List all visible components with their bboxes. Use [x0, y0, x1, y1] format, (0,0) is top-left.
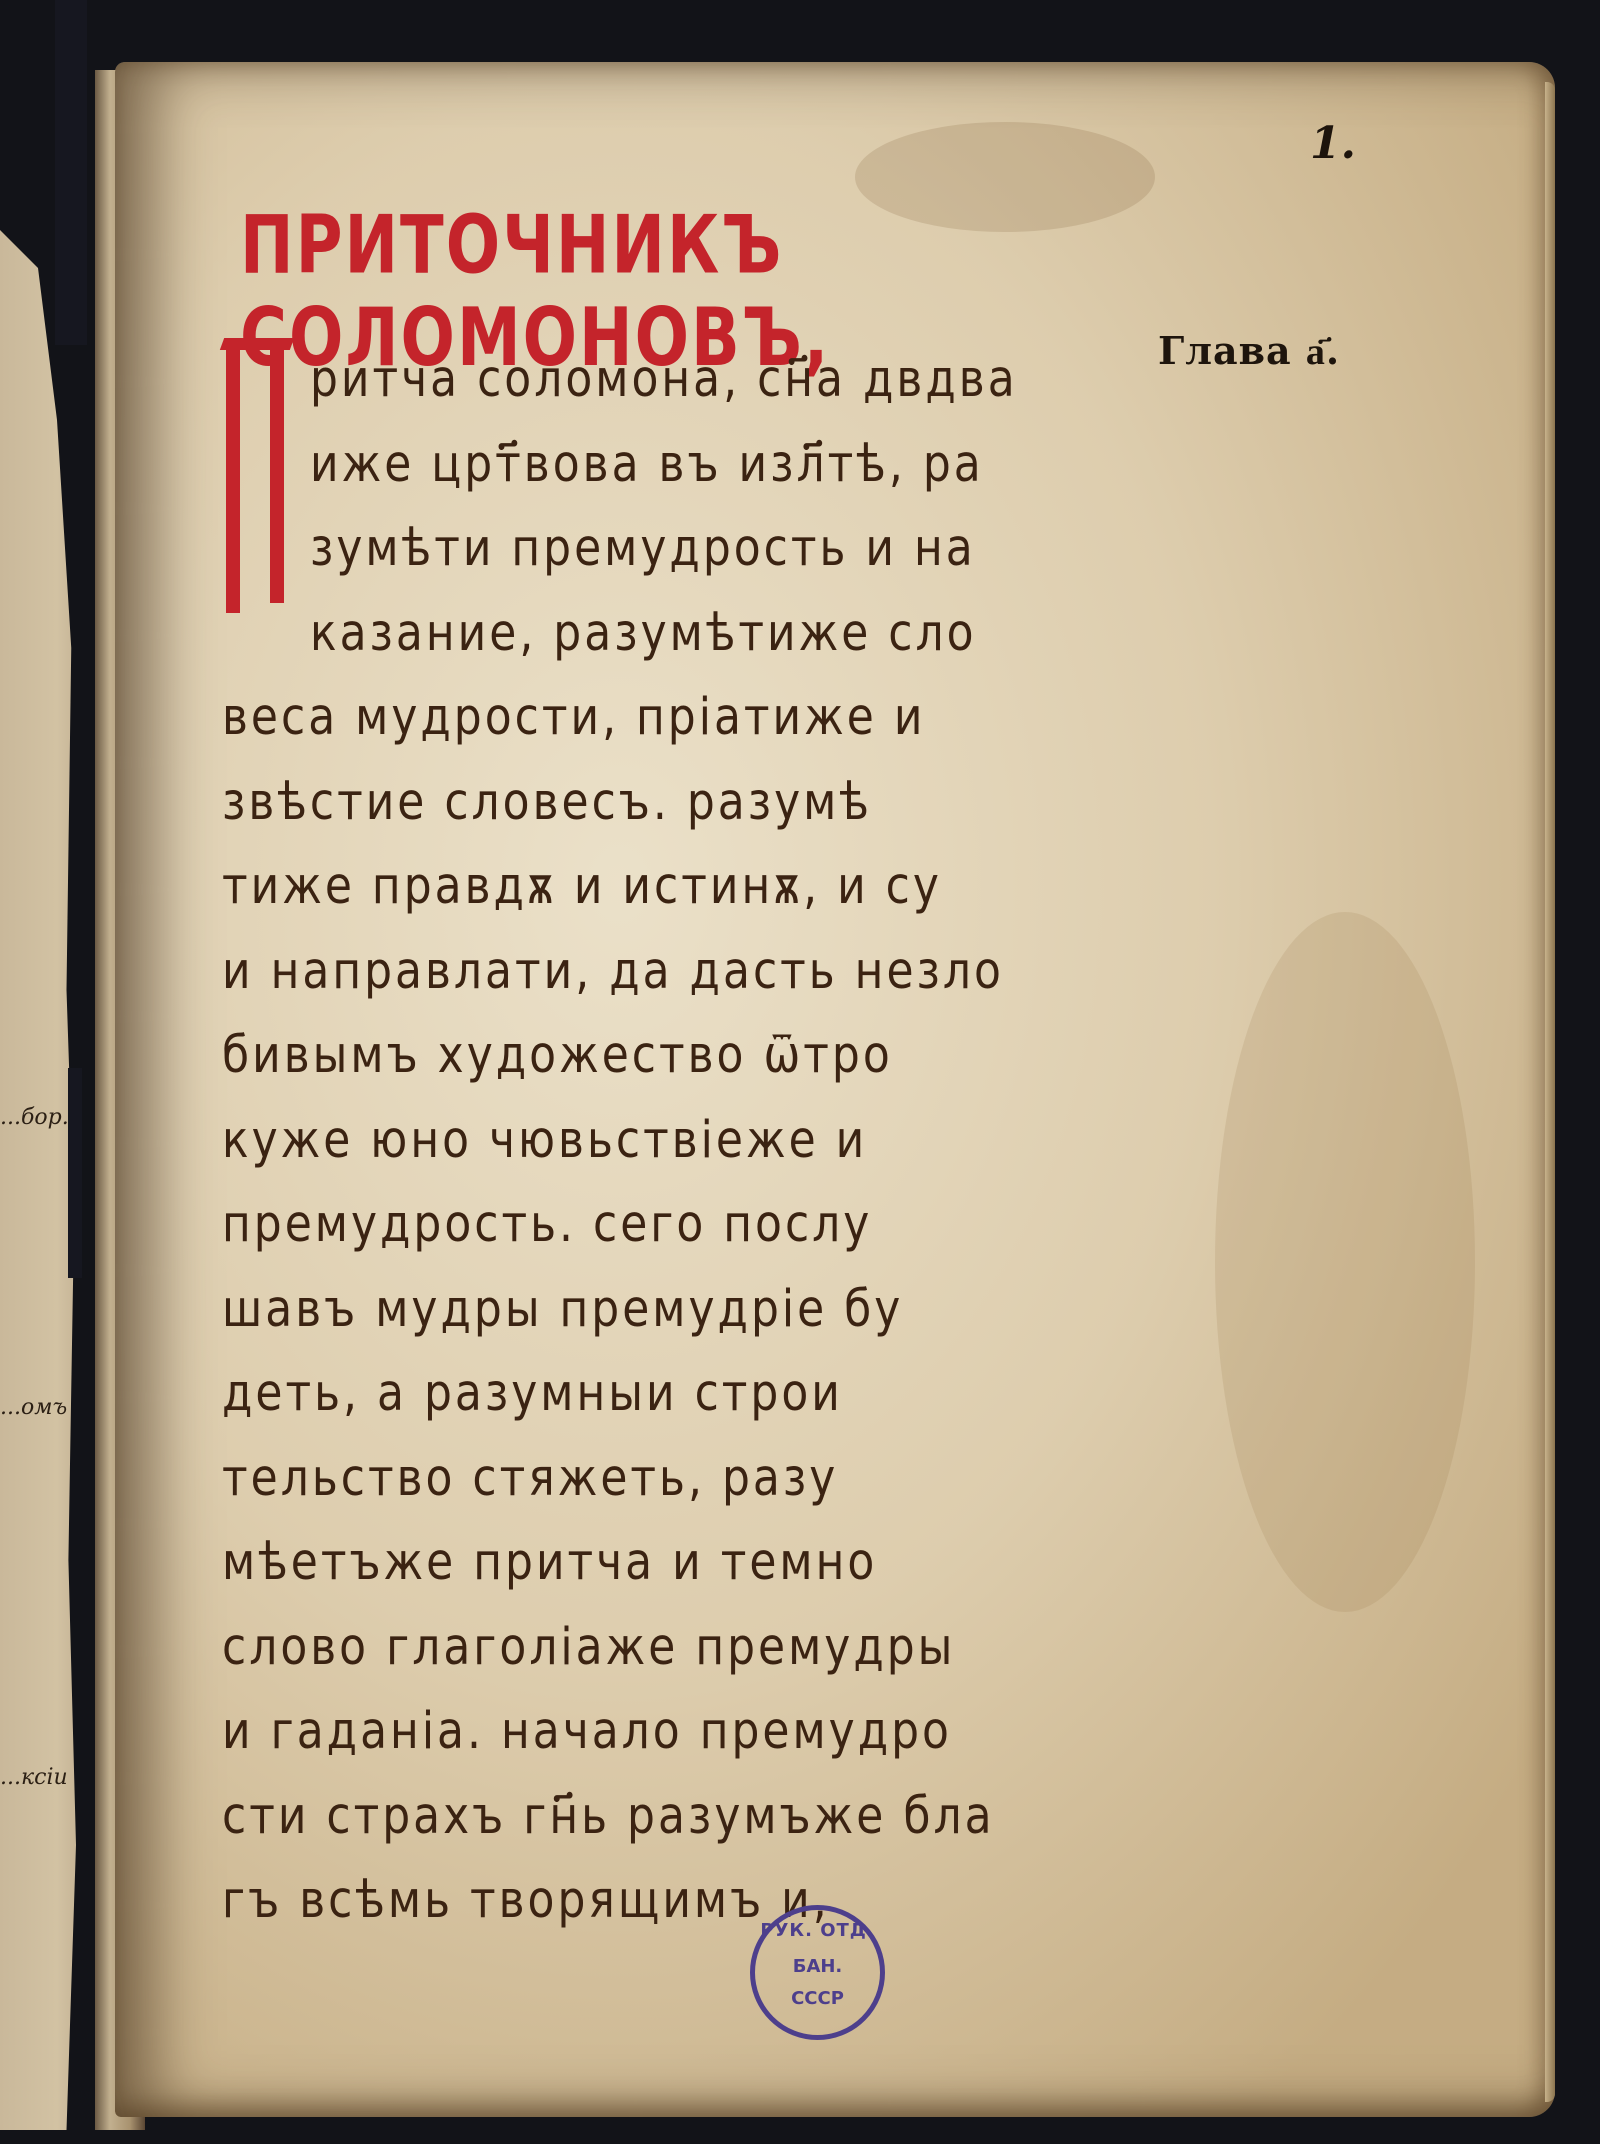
library-stamp: РУК. ОТД. БАН. СССР: [750, 1905, 885, 2040]
text-line: тиже правдѫ и истинѫ, и су: [222, 839, 1142, 936]
page-edge: [1545, 82, 1555, 2102]
text-line: куже юно чювьствiеже и: [222, 1092, 1142, 1189]
manuscript-text: ритча соломона, сн҃а двдва иже црт҃вова …: [222, 338, 1142, 1944]
margin-fragment-note: ...омъ: [0, 1395, 67, 1420]
text-line: иже црт҃вова въ изл҃тѣ, ра: [222, 416, 1142, 513]
stamp-arc-text: РУК. ОТД.: [755, 1920, 880, 1941]
stain: [1215, 912, 1475, 1612]
text-line: слово глаголiаже премудры: [222, 1599, 1142, 1696]
text-line: звѣстие словесъ. разумѣ: [222, 754, 1142, 851]
text-line: и гаданiа. начало премудро: [222, 1684, 1142, 1781]
stamp-bottom-text: СССР: [755, 1988, 880, 2009]
text-line: гъ всѣмь творящимъ и,: [222, 1853, 1142, 1950]
text-line: и направлати, да дасть незло: [222, 923, 1142, 1020]
text-line: шавъ мудры премудрiе бу: [222, 1261, 1142, 1358]
text-line: ритча соломона, сн҃а двдва: [222, 332, 1142, 429]
margin-fragment-note: ...ксiи: [0, 1765, 68, 1790]
text-line: мѣетъже притча и темно: [222, 1515, 1142, 1612]
margin-fragment-note: ...бор.: [0, 1105, 69, 1130]
binding-gap: [68, 1068, 82, 1278]
binding-gap: [55, 0, 87, 345]
chapter-label: Глава а҃.: [1158, 328, 1340, 374]
text-line: зумѣти премудрость и на: [222, 501, 1142, 598]
text-line: премудрость. сего послу: [222, 1177, 1142, 1274]
text-line: веса мудрости, прiатиже и: [222, 670, 1142, 767]
text-line: казание, разумѣтиже сло: [222, 585, 1142, 682]
text-line: сти страхъ гн҃ь разумъже бла: [222, 1768, 1142, 1865]
text-line: деть, а разумныи строи: [222, 1346, 1142, 1443]
folio-number: 1.: [1310, 118, 1356, 169]
text-line: бивымъ художество ѿтро: [222, 1008, 1142, 1105]
stamp-middle-text: БАН.: [755, 1956, 880, 1977]
text-line: тельство стяжеть, разу: [222, 1430, 1142, 1527]
